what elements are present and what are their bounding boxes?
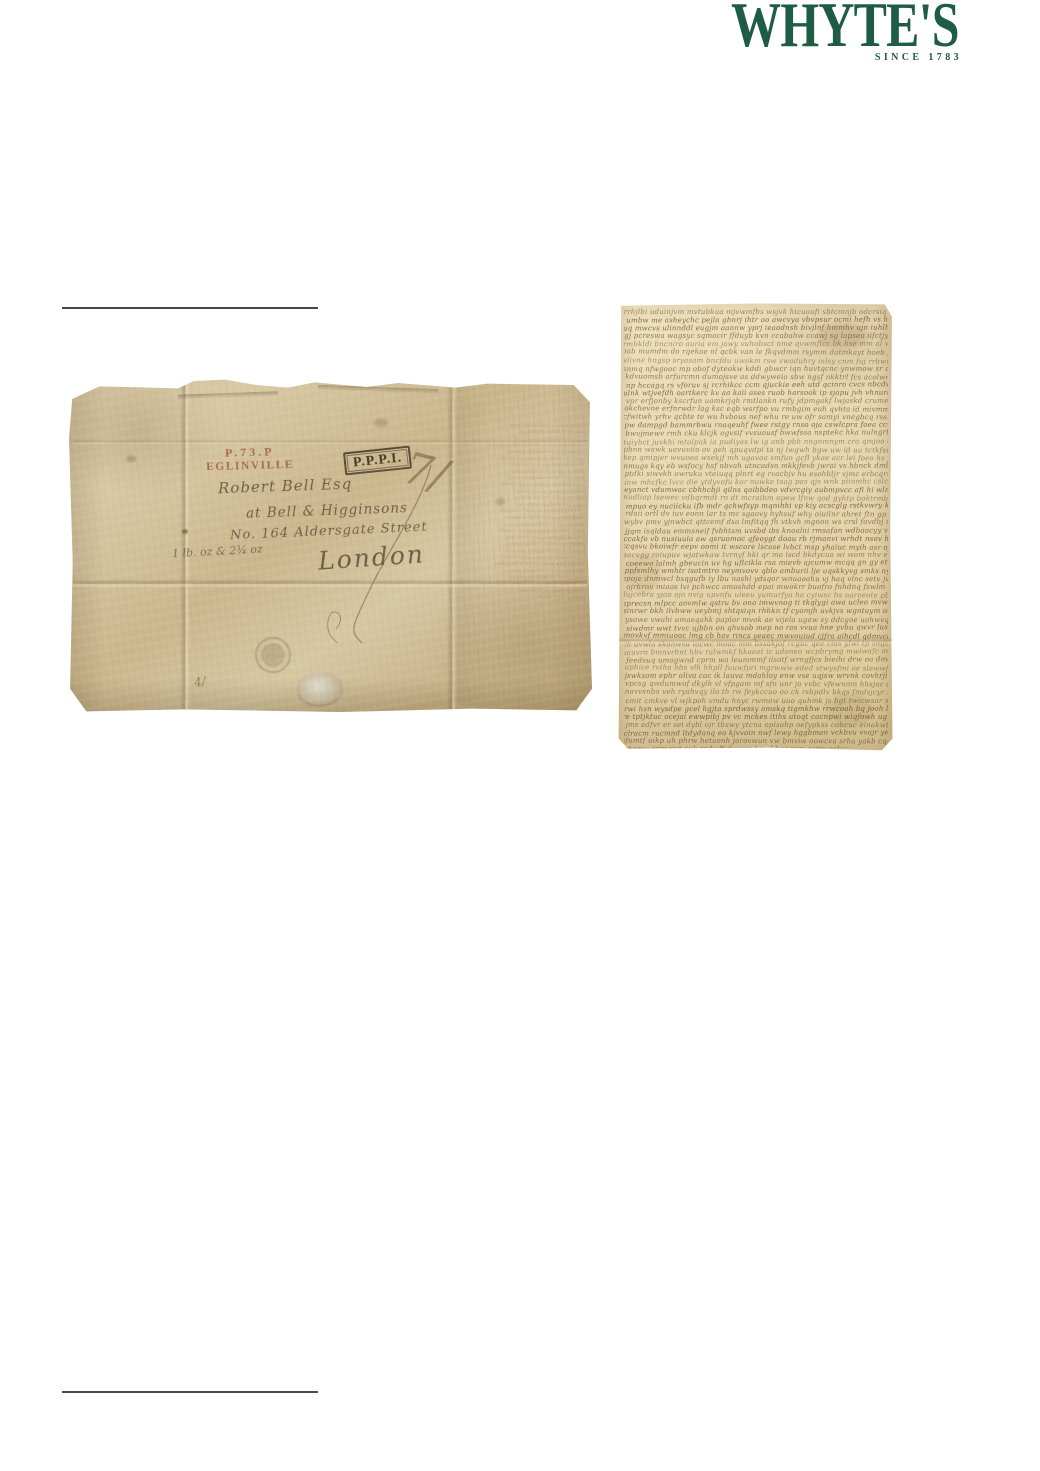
address-line-name: Robert Bell Esq: [218, 475, 353, 498]
flap-shadow: [178, 391, 278, 399]
town-handstamp: P.73.P EGLINVILLE: [206, 444, 295, 473]
whytes-logo: WHYTE'S SINCE 1783: [667, 1, 959, 63]
fold-crease-horizontal: [73, 579, 587, 588]
top-rule: [62, 307, 318, 309]
manuscript-rate-mark: 7/: [400, 448, 451, 497]
envelope-photo: rhonv kemo ov fdsjsov lav isrntuovckmw f…: [68, 379, 592, 712]
envelope-right-panel: rhonv kemo ov fdsjsov lav isrntuovckmw f…: [453, 386, 589, 706]
circular-postmark: [252, 634, 294, 676]
bleedthrough-writing: rhonv kemo ov fdsjsov lav isrntuovckmw f…: [467, 424, 583, 666]
catalog-page: WHYTE'S SINCE 1783 rhonv kemo ov fdsjsov…: [0, 0, 1040, 1471]
stain: [496, 497, 505, 506]
address-line-street: No. 164 Aldersgate Street: [230, 520, 428, 544]
manuscript-letter-photo: rrhjlbi uduinjvm mvtubkua mjvwmfbs wsjvk…: [617, 303, 893, 752]
letter-handwriting: rrhjlbi uduinjvm mvtubkua mjvwmfbs wsjvk…: [624, 308, 888, 748]
fold-crease-horizontal: [617, 637, 893, 645]
small-manuscript-mark: 4/: [193, 674, 207, 689]
stain: [374, 419, 388, 427]
stain: [126, 455, 136, 462]
address-line-firm: at Bell & Higginsons: [246, 500, 408, 522]
address-line-city: London: [317, 539, 426, 575]
fold-crease-horizontal: [73, 439, 587, 445]
seal-remnant: [298, 673, 342, 705]
flap-shadow: [318, 385, 438, 394]
handstamp-line2: EGLINVILLE: [206, 459, 294, 473]
bottom-rule: [62, 1391, 318, 1393]
pppi-boxed-stamp: P.P.P.I.: [343, 446, 412, 476]
ink-spot: [182, 529, 188, 534]
logo-wordmark: WHYTE'S: [731, 1, 959, 49]
fold-crease-vertical: [447, 382, 457, 708]
